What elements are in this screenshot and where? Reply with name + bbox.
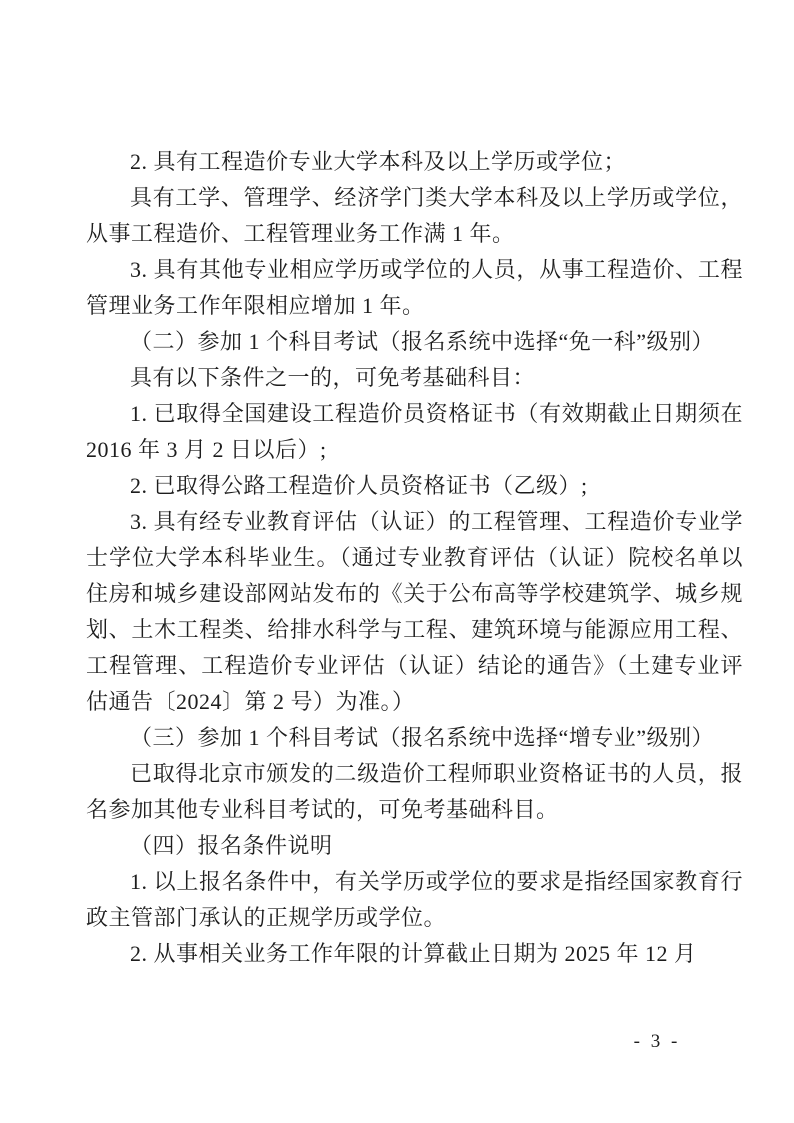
body-paragraph: 2. 从事相关业务工作年限的计算截止日期为 2025 年 12 月 xyxy=(86,936,743,972)
body-paragraph: 具有以下条件之一的，可免考基础科目： xyxy=(86,360,743,396)
document-page: 2. 具有工程造价专业大学本科及以上学历或学位； 具有工学、管理学、经济学门类大… xyxy=(0,0,794,1123)
body-paragraph: 3. 具有经专业教育评估（认证）的工程管理、工程造价专业学士学位大学本科毕业生。… xyxy=(86,504,743,720)
section-heading: （三）参加 1 个科目考试（报名系统中选择“增专业”级别） xyxy=(86,720,743,756)
page-number: - 3 - xyxy=(608,1029,706,1055)
body-paragraph: 1. 已取得全国建设工程造价员资格证书（有效期截止日期须在 2016 年 3 月… xyxy=(86,396,743,468)
body-paragraph: 2. 具有工程造价专业大学本科及以上学历或学位； xyxy=(86,144,743,180)
body-paragraph: 具有工学、管理学、经济学门类大学本科及以上学历或学位，从事工程造价、工程管理业务… xyxy=(86,180,743,252)
body-paragraph: 已取得北京市颁发的二级造价工程师职业资格证书的人员，报名参加其他专业科目考试的，… xyxy=(86,756,743,828)
body-paragraph: 3. 具有其他专业相应学历或学位的人员，从事工程造价、工程管理业务工作年限相应增… xyxy=(86,252,743,324)
body-paragraph: 1. 以上报名条件中，有关学历或学位的要求是指经国家教育行政主管部门承认的正规学… xyxy=(86,864,743,936)
section-heading: （二）参加 1 个科目考试（报名系统中选择“免一科”级别） xyxy=(86,324,743,360)
body-paragraph: 2. 已取得公路工程造价人员资格证书（乙级）; xyxy=(86,468,743,504)
document-body: 2. 具有工程造价专业大学本科及以上学历或学位； 具有工学、管理学、经济学门类大… xyxy=(86,144,743,972)
section-heading: （四）报名条件说明 xyxy=(86,828,743,864)
